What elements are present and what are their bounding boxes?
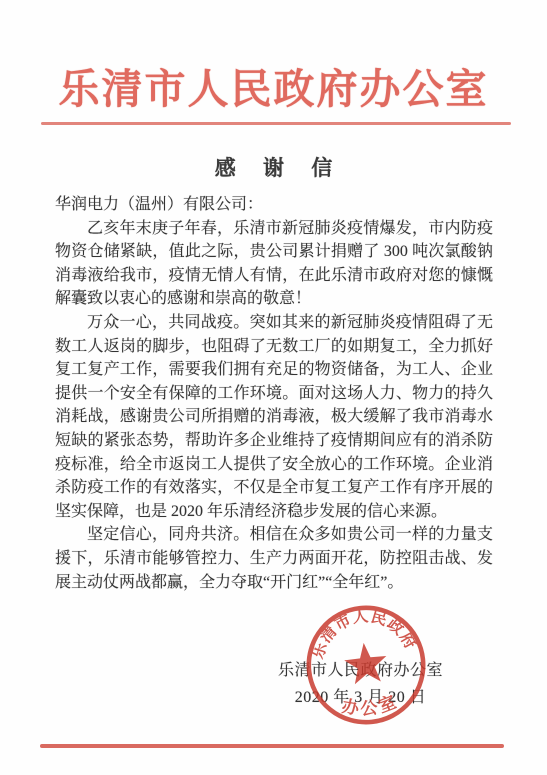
letter-body: 华润电力（温州）有限公司： 乙亥年末庚子年春，乐清市新冠肺炎疫情爆发，市内防疫物…: [55, 193, 493, 594]
salutation: 华润电力（温州）有限公司：: [55, 193, 493, 217]
paragraph-1: 乙亥年末庚子年春，乐清市新冠肺炎疫情爆发，市内防疫物资仓储紧缺，值此之际，贵公司…: [55, 217, 493, 311]
letterhead-divider: [41, 122, 511, 125]
official-seal: 乐清市人民政府 办公室: [285, 584, 447, 746]
letterhead-title: 乐清市人民政府办公室: [0, 56, 547, 115]
letter-title: 感 谢 信: [0, 152, 547, 182]
paragraph-2: 万众一心，共同战疫。突如其来的新冠肺炎疫情阻碍了无数工人返岗的脚步，也阻碍了无数…: [55, 311, 493, 523]
seal-star-icon: [343, 641, 389, 686]
scanned-letter-page: 乐清市人民政府办公室 感 谢 信 华润电力（温州）有限公司： 乙亥年末庚子年春，…: [0, 0, 547, 775]
